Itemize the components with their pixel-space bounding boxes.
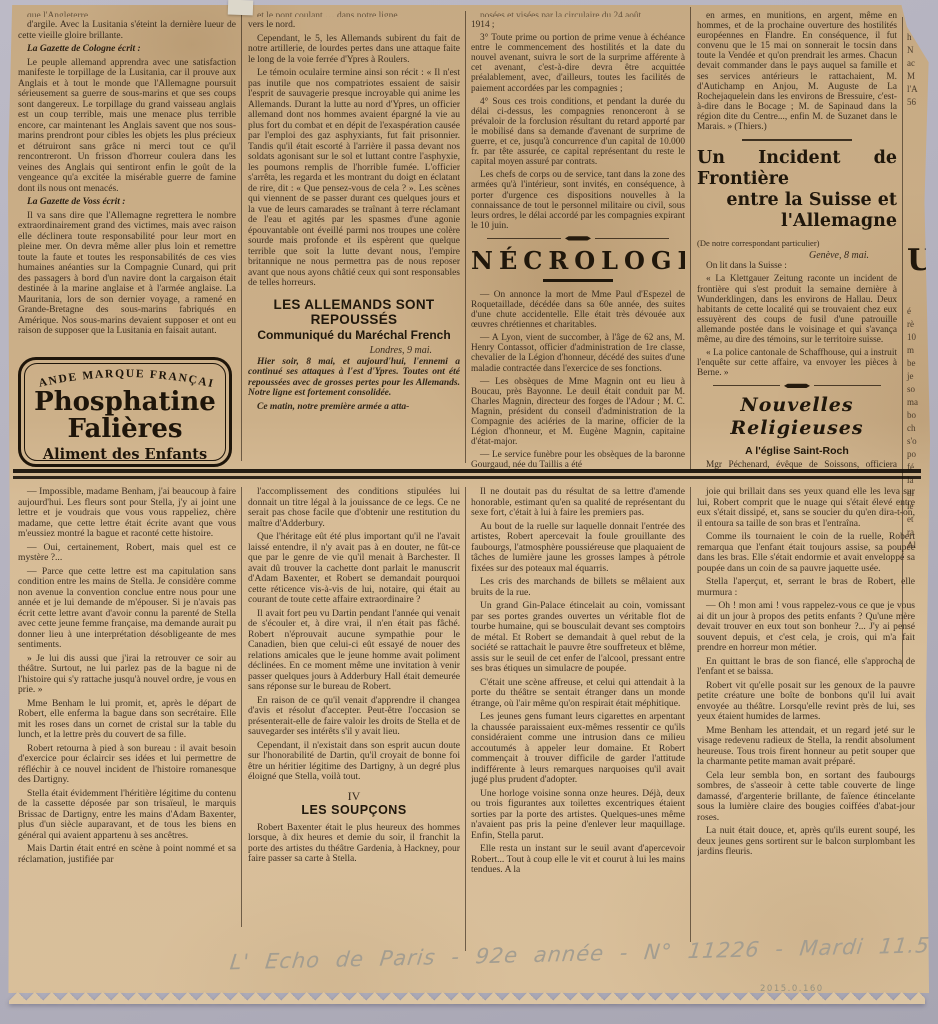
- column-rule: [241, 487, 242, 927]
- paragraph: Elle resta un instant sur le seuil avant…: [471, 844, 685, 876]
- diamond-ornament: [565, 236, 591, 241]
- ad-tagline: Aliment des Enfants: [25, 446, 225, 463]
- paragraph: — Parce que cette lettre est ma capitula…: [18, 567, 236, 651]
- paragraph: En raison de ce qu'il venait d'apprendre…: [248, 696, 460, 738]
- paragraph: En quittant le bras de son fiancé, elle …: [697, 657, 915, 678]
- feuilleton-column-3: Il ne doutait pas du résultat de sa lett…: [471, 487, 685, 955]
- paragraph: — Oh ! mon ami ! vous rappelez-vous ce q…: [697, 601, 915, 654]
- press-source-heading: La Gazette de Cologne écrit :: [18, 44, 236, 55]
- headline-nouvelles-religieuses: Nouvelles Religieuses: [697, 394, 897, 440]
- cut-line: posées et visées par la circulaire du 24…: [471, 11, 685, 17]
- paragraph: vers le nord.: [248, 20, 460, 31]
- headline-incident-line1: Un Incident de Frontière: [697, 148, 897, 190]
- ad-inner-frame: GRANDE MARQUE FRANÇAISE Phosphatine Fali…: [24, 363, 226, 461]
- paragraph: Cependant, le 5, les Allemands subirent …: [248, 34, 460, 66]
- paragraph: Les cris des marchands de billets se mêl…: [471, 577, 685, 598]
- feuilleton-column-2: l'accomplissement des conditions stipulé…: [248, 487, 460, 951]
- paragraph: Mme Benham les attendait, et un regard j…: [697, 726, 915, 768]
- paragraph: On lit dans la Suisse :: [697, 261, 897, 271]
- paragraph: « La police cantonale de Schaffhouse, qu…: [697, 348, 897, 378]
- subhead-communique: Communiqué du Maréchal French: [248, 330, 460, 341]
- ad-brand-line1: Phosphatine: [25, 389, 225, 416]
- necrologie-headline: NÉCROLOGIE: [471, 247, 685, 275]
- dateline: Londres, 9 mai.: [248, 346, 460, 357]
- ad-arc-text: GRANDE MARQUE FRANÇAISE: [26, 365, 224, 389]
- column-rule: [465, 487, 466, 951]
- column-rule: [241, 11, 242, 461]
- obituary-entry: — On annonce la mort de Mme Paul d'Espez…: [471, 290, 685, 330]
- column-rule: [465, 11, 466, 463]
- diamond-ornament: [784, 383, 810, 388]
- column-insurance-necrologie: posées et visées par la circulaire du 24…: [471, 11, 685, 469]
- column-rule: [690, 487, 691, 942]
- paragraph: Les jeunes gens fumant leurs cigarettes …: [471, 712, 685, 786]
- diamond-divider: [487, 236, 669, 241]
- paragraph: Robert Baxenter était le plus heureux de…: [248, 823, 460, 865]
- paragraph: Stella était évidemment l'héritière légi…: [18, 789, 236, 842]
- cut-headline-fragment: U: [907, 243, 933, 278]
- communique-text: Ce matin, notre première armée a atta-: [248, 402, 460, 413]
- chapter-title: LES SOUPÇONS: [248, 805, 460, 816]
- ad-brand-line2: Falières: [25, 416, 225, 443]
- section-divider-rule: [13, 469, 921, 479]
- paragraph: Au bout de la ruelle sur laquelle donnai…: [471, 522, 685, 575]
- paragraph: Stella l'aperçut, et, serrant le bras de…: [697, 577, 915, 598]
- paragraph: Il ne doutait pas du résultat de sa lett…: [471, 487, 685, 519]
- deckled-bottom-edge: [9, 992, 925, 1004]
- paragraph: Comme ils tournaient le coin de la ruell…: [697, 532, 915, 574]
- phosphatine-ad: GRANDE MARQUE FRANÇAISE Phosphatine Fali…: [18, 357, 232, 467]
- obituary-entry: — Le service funèbre pour les obsèques d…: [471, 450, 685, 469]
- scan-backdrop: que l'Angleterre d'argile. Avec la Lusit…: [0, 0, 938, 1024]
- headline-allemands-repousses: LES ALLEMANDS SONT REPOUSSÉS: [248, 297, 460, 327]
- mounting-tab: [228, 0, 254, 15]
- column-rule: [690, 7, 691, 469]
- obituary-entry: — A Lyon, vient de succomber, à l'âge de…: [471, 333, 685, 373]
- ad-arc-label: GRANDE MARQUE FRANÇAISE: [27, 365, 215, 389]
- paragraph: Robert vit qu'elle posait sur les genoux…: [697, 681, 915, 723]
- paragraph: joie qui brillait dans ses yeux quand el…: [697, 487, 915, 529]
- paragraph: Il va sans dire que l'Allemagne regrette…: [18, 211, 236, 337]
- paragraph: Un grand Gin-Palace étincelait au coin, …: [471, 601, 685, 675]
- paragraph: C'était une scène affreuse, et celui qui…: [471, 678, 685, 710]
- newspaper-clipping: que l'Angleterre d'argile. Avec la Lusit…: [8, 5, 930, 993]
- paragraph: Mme Benham le lui promit, et, après le d…: [18, 699, 236, 741]
- cut-line: et le pont coulant … dans notre ligne: [248, 11, 460, 17]
- paragraph: Mais Dartin était entré en scène à point…: [18, 844, 236, 865]
- paragraph: Que l'héritage eût été plus important qu…: [248, 532, 460, 606]
- article-separator-rule: [742, 139, 852, 141]
- headline-underline: [543, 279, 613, 282]
- paragraph: Les chefs de corps ou de service, tant d…: [471, 170, 685, 231]
- diamond-divider: [713, 383, 881, 388]
- paragraph: Le peuple allemand apprendra avec une sa…: [18, 58, 236, 195]
- paragraph: 1914 ;: [471, 20, 685, 30]
- paragraph: La nuit était douce, et, après qu'ils eu…: [697, 826, 915, 858]
- paragraph: » Je lui dis aussi que j'irai la retrouv…: [18, 654, 236, 696]
- cut-line: que l'Angleterre: [18, 11, 236, 17]
- paragraph: — Oui, certainement, Robert, mais quel e…: [18, 543, 236, 564]
- paragraph: — Impossible, madame Benham, j'ai beauco…: [18, 487, 236, 540]
- paragraph: « La Klettgauer Zeitung raconte un incid…: [697, 274, 897, 345]
- paragraph: Robert retourna à pied à son bureau : il…: [18, 744, 236, 786]
- paragraph: l'accomplissement des conditions stipulé…: [248, 487, 460, 529]
- paragraph: 3° Toute prime ou portion de prime venue…: [471, 33, 685, 94]
- svg-text:GRANDE MARQUE FRANÇAISE: GRANDE MARQUE FRANÇAISE: [27, 365, 215, 389]
- paragraph: 4° Sous ces trois conditions, et pendant…: [471, 97, 685, 168]
- press-source-heading: La Gazette de Voss écrit :: [18, 197, 236, 208]
- dateline: Genève, 8 mai.: [697, 251, 897, 261]
- paragraph: Cela leur sembla bon, en sortant des fau…: [697, 771, 915, 824]
- obituary-entry: — Les obsèques de Mme Magnin ont eu lieu…: [471, 377, 685, 448]
- paragraph: Mgr Péchenard, évêque de Soissons, offic…: [697, 460, 897, 469]
- chapter-number: IV: [248, 791, 460, 802]
- paragraph: Il avait fort peu vu Dartin pendant l'an…: [248, 609, 460, 693]
- communique-text: Hier soir, 8 mai, et aujourd'hui, l'enne…: [248, 357, 460, 399]
- feuilleton-column-4: joie qui brillait dans ses yeux quand el…: [697, 487, 915, 957]
- paragraph: Le témoin oculaire termine ainsi son réc…: [248, 68, 460, 289]
- column-ypres-account: et le pont coulant … dans notre ligne ve…: [248, 11, 460, 469]
- headline-incident-line2: entre la Suisse et l'Allemagne: [697, 190, 897, 232]
- column-frontier-religion: en armes, en munitions, en argent, même …: [697, 11, 897, 469]
- subhead-saint-roch: A l'église Saint-Roch: [697, 446, 897, 456]
- paragraph: Cependant, il n'existait dans son esprit…: [248, 741, 460, 783]
- paragraph: d'argile. Avec la Lusitania s'éteint la …: [18, 20, 236, 41]
- paragraph: Une horloge voisine sonna onze heures. D…: [471, 789, 685, 842]
- feuilleton-column-1: — Impossible, madame Benham, j'ai beauco…: [18, 487, 236, 953]
- correspondent-byline: (De notre correspondant particulier): [697, 238, 897, 248]
- cut-column-fragments-top: h N ac M l'A 56: [907, 31, 927, 109]
- paragraph: en armes, en munitions, en argent, même …: [697, 11, 897, 132]
